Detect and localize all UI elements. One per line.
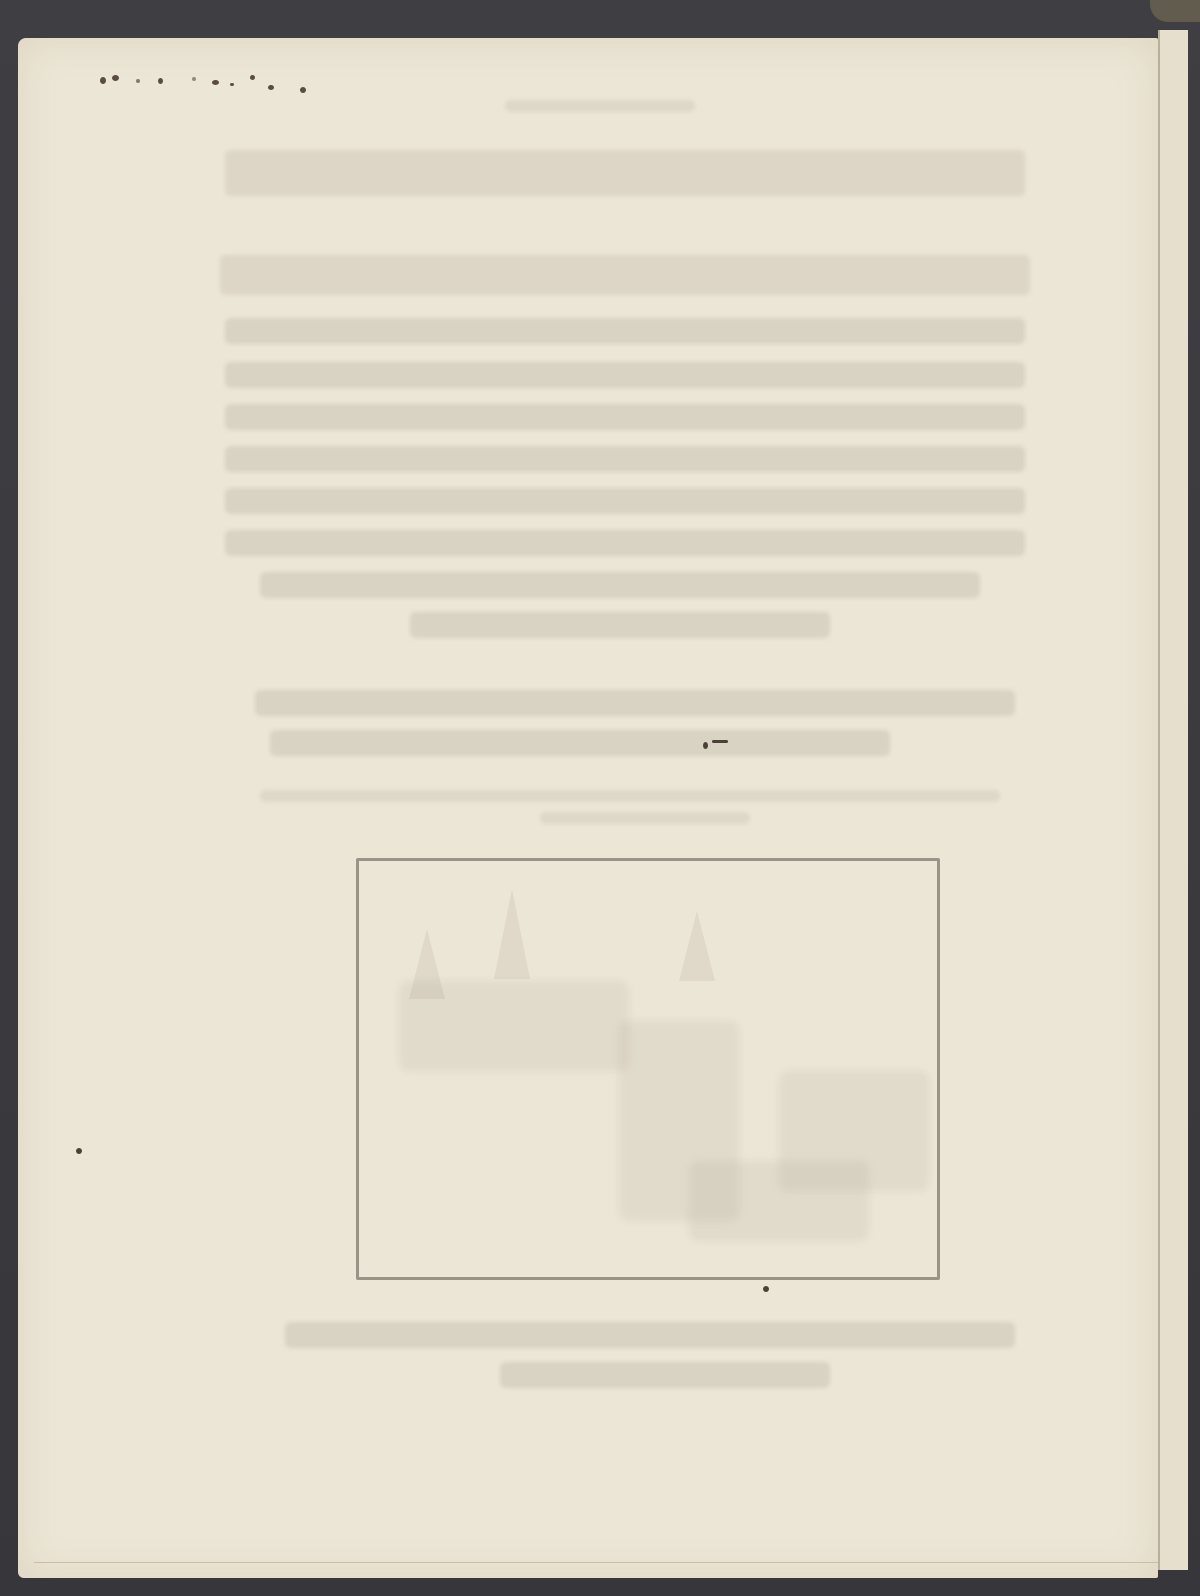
ink-speck (76, 1148, 82, 1154)
book-spine-corner (1150, 0, 1200, 22)
ink-speck (703, 742, 708, 749)
woodcut-illustration-frame (356, 858, 940, 1280)
page-bottom-edge (34, 1562, 1158, 1563)
ink-speck (712, 740, 728, 743)
margin-ink-dots (100, 75, 310, 97)
ink-speck (763, 1286, 769, 1292)
facing-page-edge (1158, 30, 1188, 1570)
